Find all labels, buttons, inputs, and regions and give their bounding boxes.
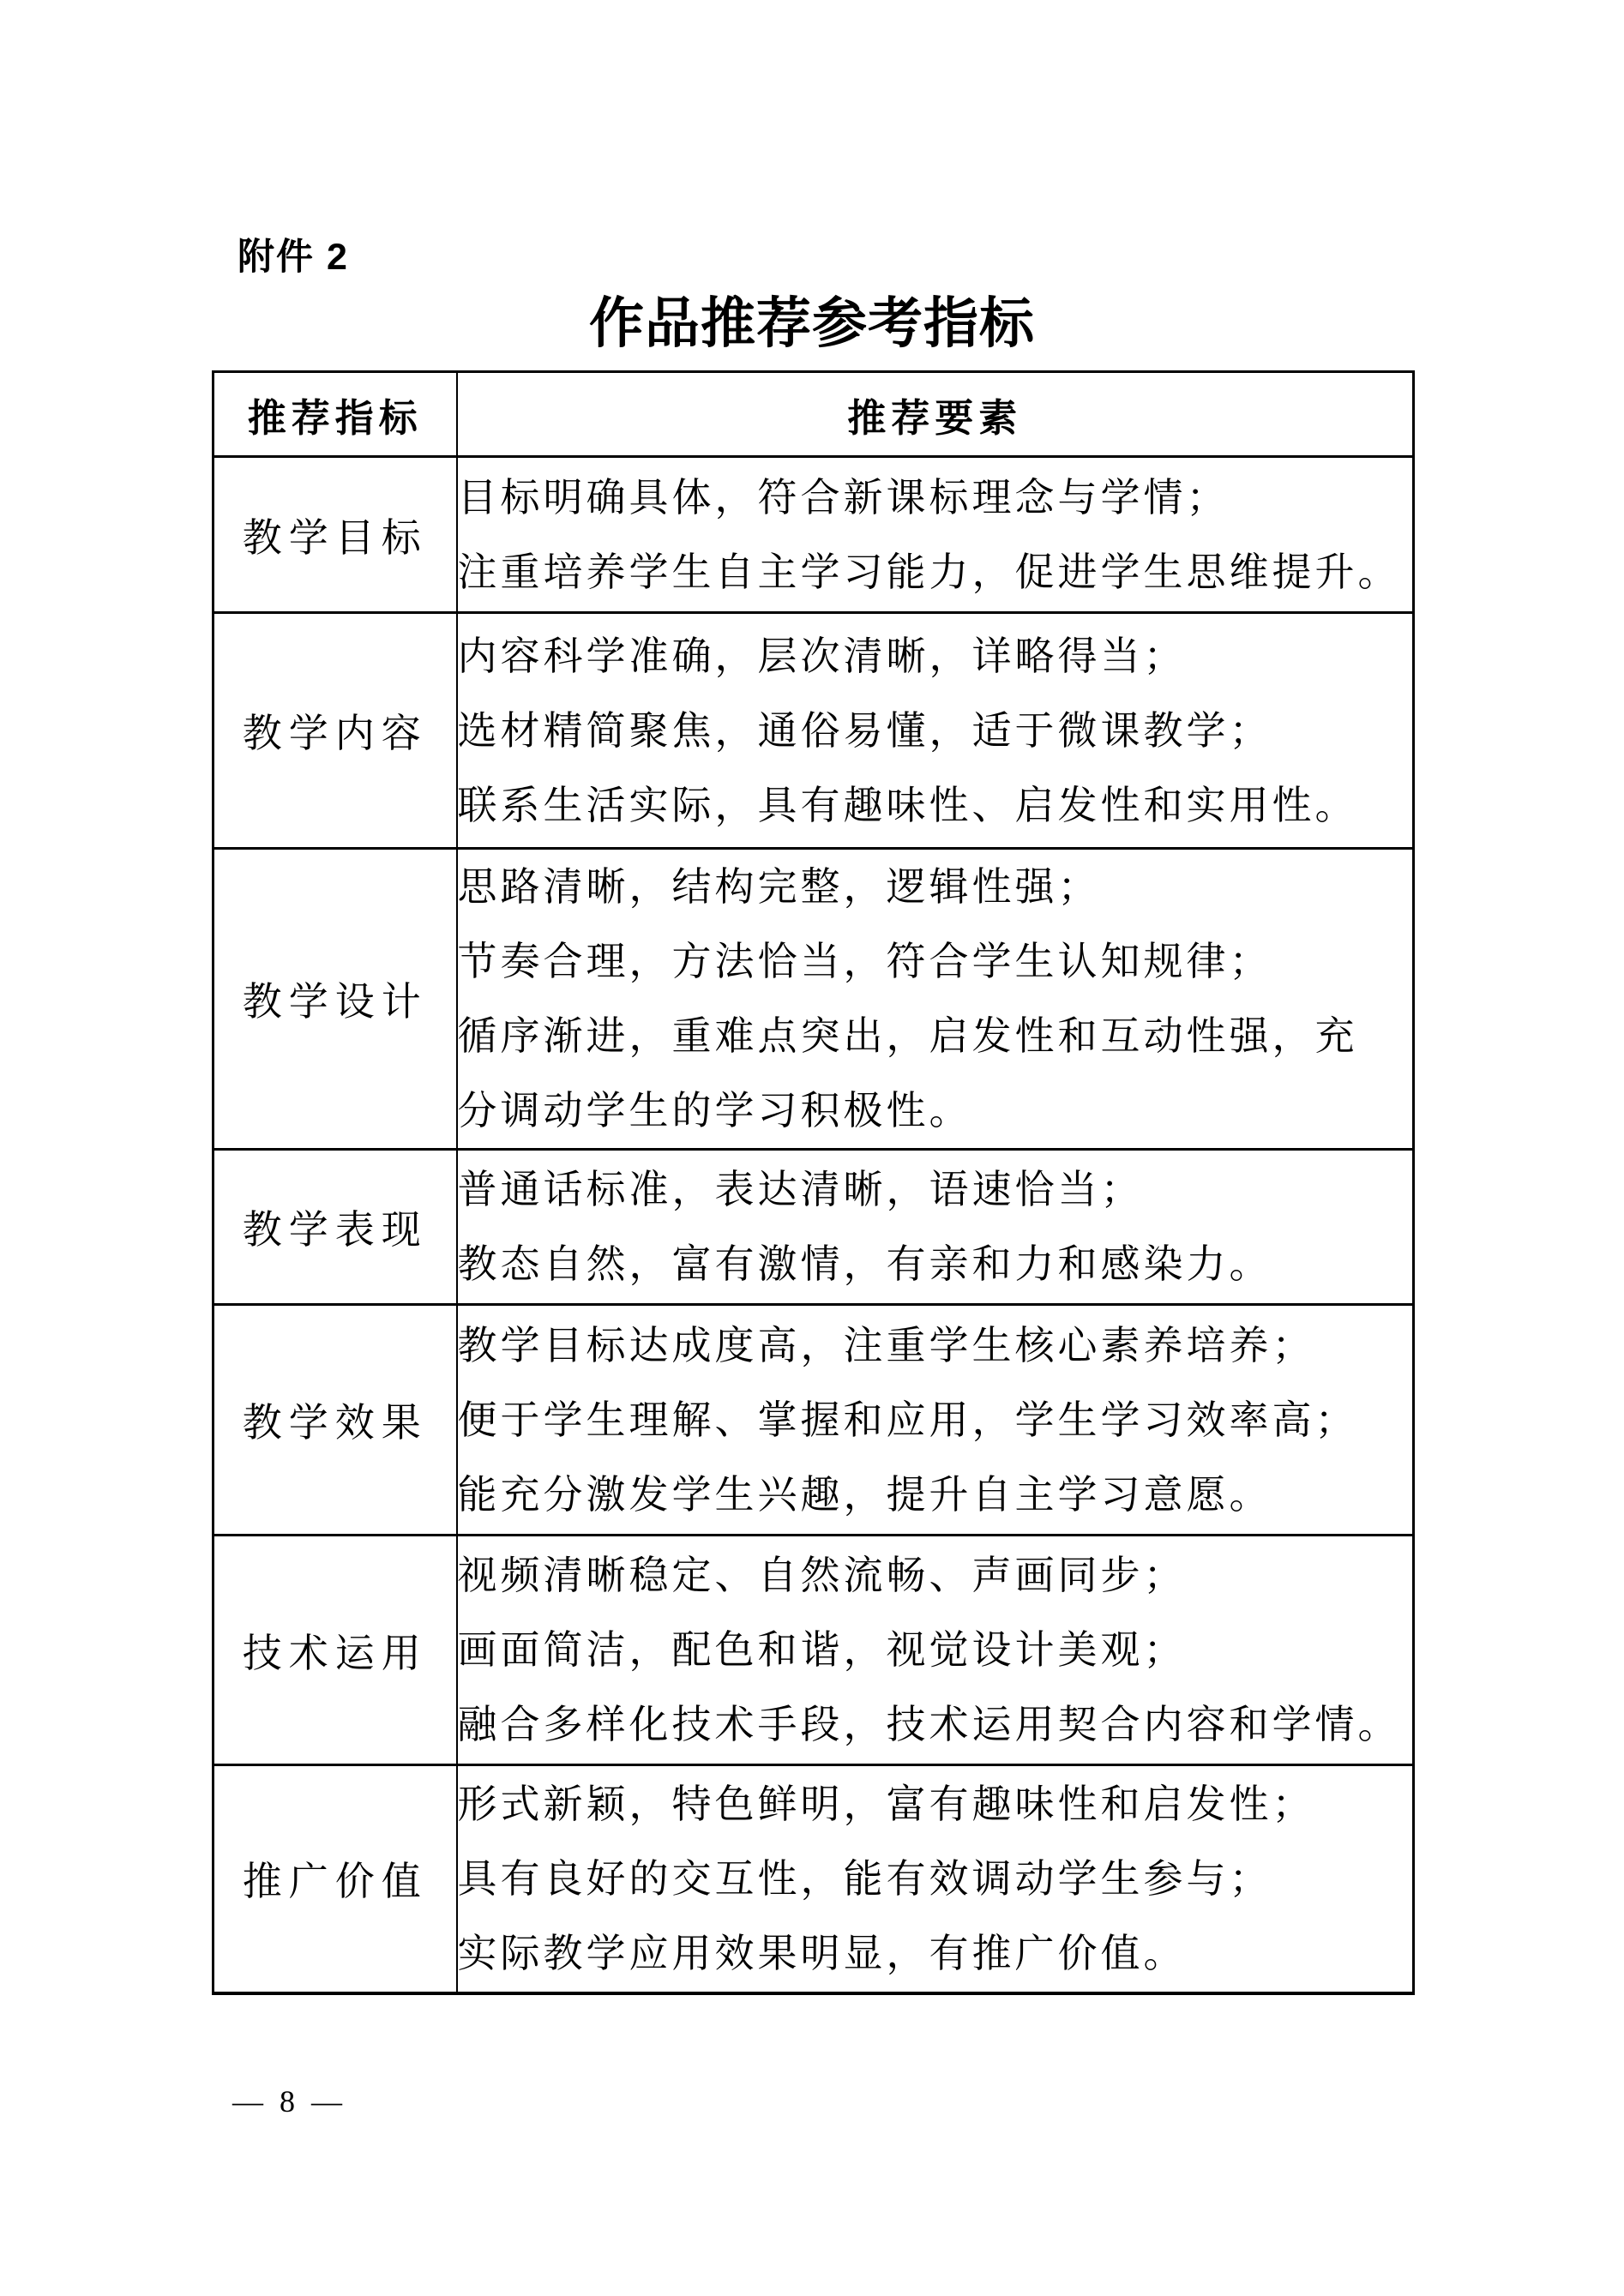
criteria-line: 能充分激发学生兴趣，提升自主学习意愿。	[458, 1458, 1413, 1532]
criteria-line: 具有良好的交互性，能有效调动学生参与；	[458, 1842, 1413, 1916]
elements-cell: 普通话标准，表达清晰，语速恰当； 教态自然，富有激情，有亲和力和感染力。	[457, 1150, 1414, 1305]
table-row-promotion-value: 推广价值 形式新颖，特色鲜明，富有趣味性和启发性； 具有良好的交互性，能有效调动…	[214, 1765, 1414, 1993]
criteria-line: 分调动学生的学习积极性。	[458, 1073, 1413, 1148]
table-row-teaching-objectives: 教学目标 目标明确具体，符合新课标理念与学情； 注重培养学生自主学习能力，促进学…	[214, 457, 1414, 613]
criteria-line: 节奏合理，方法恰当，符合学生认知规律；	[458, 924, 1413, 999]
criteria-line: 教学目标达成度高，注重学生核心素养培养；	[458, 1308, 1413, 1383]
indicator-cell: 技术运用	[214, 1536, 457, 1765]
table-row-teaching-design: 教学设计 思路清晰，结构完整，逻辑性强； 节奏合理，方法恰当，符合学生认知规律；…	[214, 849, 1414, 1150]
criteria-line: 目标明确具体，符合新课标理念与学情；	[458, 460, 1413, 535]
header-elements: 推荐要素	[457, 372, 1414, 457]
criteria-line: 内容科学准确，层次清晰，详略得当；	[458, 619, 1413, 694]
criteria-line: 融合多样化技术手段，技术运用契合内容和学情。	[458, 1687, 1413, 1762]
indicator-cell: 教学目标	[214, 457, 457, 613]
page-number: — 8 —	[232, 2083, 346, 2119]
criteria-line: 注重培养学生自主学习能力，促进学生思维提升。	[458, 535, 1413, 610]
criteria-line: 循序渐进，重难点突出，启发性和互动性强，充	[458, 999, 1413, 1073]
indicator-cell: 教学效果	[214, 1305, 457, 1536]
attachment-label: 附件 2	[238, 228, 349, 280]
criteria-line: 思路清晰，结构完整，逻辑性强；	[458, 850, 1413, 924]
indicator-cell: 教学内容	[214, 613, 457, 849]
table-header-row: 推荐指标 推荐要素	[214, 372, 1414, 457]
elements-cell: 内容科学准确，层次清晰，详略得当； 选材精简聚焦，通俗易懂，适于微课教学； 联系…	[457, 613, 1414, 849]
elements-cell: 教学目标达成度高，注重学生核心素养培养； 便于学生理解、掌握和应用，学生学习效率…	[457, 1305, 1414, 1536]
criteria-line: 实际教学应用效果明显，有推广价值。	[458, 1916, 1413, 1991]
elements-cell: 思路清晰，结构完整，逻辑性强； 节奏合理，方法恰当，符合学生认知规律； 循序渐进…	[457, 849, 1414, 1150]
criteria-line: 选材精简聚焦，通俗易懂，适于微课教学；	[458, 694, 1413, 768]
indicator-cell: 教学设计	[214, 849, 457, 1150]
page-title: 作品推荐参考指标	[0, 279, 1624, 358]
header-indicator: 推荐指标	[214, 372, 457, 457]
criteria-line: 形式新颖，特色鲜明，富有趣味性和启发性；	[458, 1767, 1413, 1842]
indicator-cell: 教学表现	[214, 1150, 457, 1305]
criteria-line: 便于学生理解、掌握和应用，学生学习效率高；	[458, 1383, 1413, 1458]
criteria-line: 普通话标准，表达清晰，语速恰当；	[458, 1152, 1413, 1227]
elements-cell: 目标明确具体，符合新课标理念与学情； 注重培养学生自主学习能力，促进学生思维提升…	[457, 457, 1414, 613]
indicator-cell: 推广价值	[214, 1765, 457, 1993]
table-row-technology-use: 技术运用 视频清晰稳定、自然流畅、声画同步； 画面简洁，配色和谐，视觉设计美观；…	[214, 1536, 1414, 1765]
elements-cell: 视频清晰稳定、自然流畅、声画同步； 画面简洁，配色和谐，视觉设计美观； 融合多样…	[457, 1536, 1414, 1765]
elements-cell: 形式新颖，特色鲜明，富有趣味性和启发性； 具有良好的交互性，能有效调动学生参与；…	[457, 1765, 1414, 1993]
criteria-line: 视频清晰稳定、自然流畅、声画同步；	[458, 1538, 1413, 1613]
criteria-line: 教态自然，富有激情，有亲和力和感染力。	[458, 1227, 1413, 1301]
table-row-teaching-content: 教学内容 内容科学准确，层次清晰，详略得当； 选材精简聚焦，通俗易懂，适于微课教…	[214, 613, 1414, 849]
criteria-table: 推荐指标 推荐要素 教学目标 目标明确具体，符合新课标理念与学情； 注重培养学生…	[212, 370, 1415, 1995]
document-page: 附件 2 作品推荐参考指标 推荐指标 推荐要素 教学目标 目标明确具体，符合新课…	[0, 0, 1624, 2296]
table-row-teaching-performance: 教学表现 普通话标准，表达清晰，语速恰当； 教态自然，富有激情，有亲和力和感染力…	[214, 1150, 1414, 1305]
criteria-line: 联系生活实际，具有趣味性、启发性和实用性。	[458, 768, 1413, 843]
criteria-line: 画面简洁，配色和谐，视觉设计美观；	[458, 1613, 1413, 1687]
table-row-teaching-effect: 教学效果 教学目标达成度高，注重学生核心素养培养； 便于学生理解、掌握和应用，学…	[214, 1305, 1414, 1536]
